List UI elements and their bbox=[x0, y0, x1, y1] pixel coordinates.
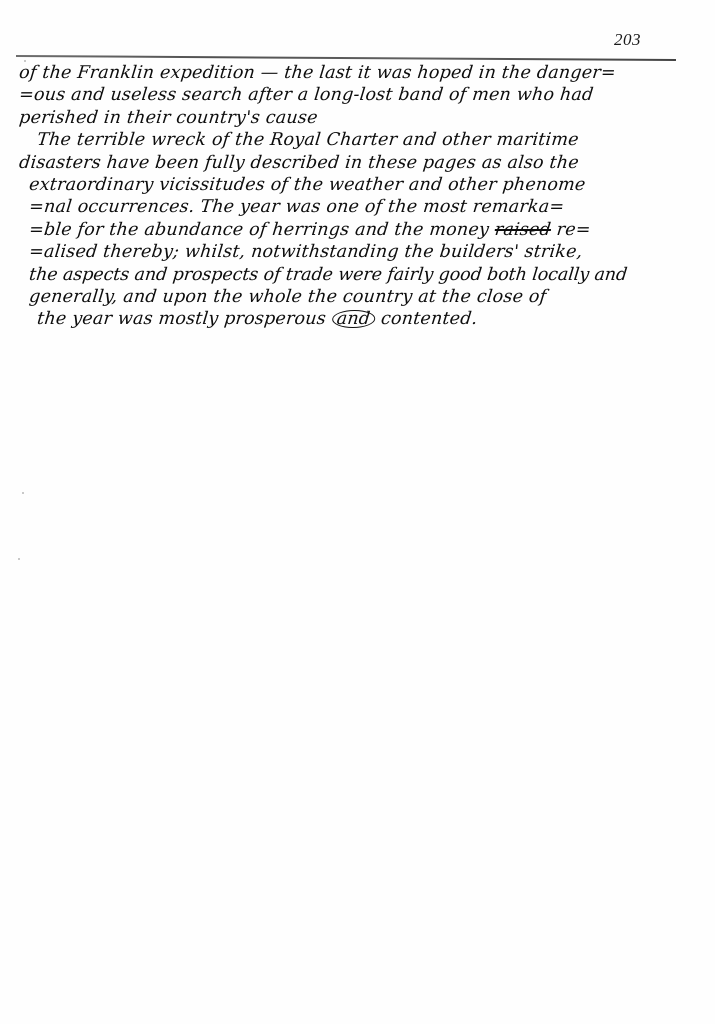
page-number: 203 bbox=[614, 30, 641, 50]
line-text-before: the year was mostly prosperous bbox=[36, 309, 333, 329]
handwritten-body: of the Franklin expedition — the last it… bbox=[18, 62, 688, 331]
line-text-after: re= bbox=[550, 220, 592, 240]
line-text-after: contented. bbox=[374, 309, 478, 329]
text-line-with-strikeout: =ble for the abundance of herrings and t… bbox=[18, 219, 690, 241]
text-line: disasters have been fully described in t… bbox=[18, 152, 690, 174]
line-text: =alised thereby; whilst, notwithstanding… bbox=[28, 242, 583, 262]
text-line: =nal occurrences. The year was one of th… bbox=[18, 196, 690, 218]
line-text-before: =ble for the abundance of herrings and t… bbox=[28, 220, 496, 240]
text-line: generally, and upon the whole the countr… bbox=[18, 286, 690, 308]
header-rule bbox=[16, 55, 676, 61]
struck-word: raised bbox=[494, 220, 552, 240]
scan-speck bbox=[18, 558, 20, 560]
text-line: =alised thereby; whilst, notwithstanding… bbox=[18, 241, 690, 263]
text-line: the aspects and prospects of trade were … bbox=[18, 264, 690, 286]
paragraph-start-line: The terrible wreck of the Royal Charter … bbox=[18, 129, 690, 151]
scan-speck bbox=[22, 492, 24, 494]
circled-word: and bbox=[331, 310, 376, 328]
document-page: 203 of the Franklin expedition — the las… bbox=[0, 0, 715, 1024]
text-line: perished in their country's cause bbox=[18, 107, 690, 129]
text-line: of the Franklin expedition — the last it… bbox=[18, 62, 690, 84]
text-line: =ous and useless search after a long-los… bbox=[18, 84, 690, 106]
text-line: extraordinary vicissitudes of the weathe… bbox=[18, 174, 690, 196]
text-line-with-circled-word: the year was mostly prosperous and conte… bbox=[18, 308, 690, 330]
